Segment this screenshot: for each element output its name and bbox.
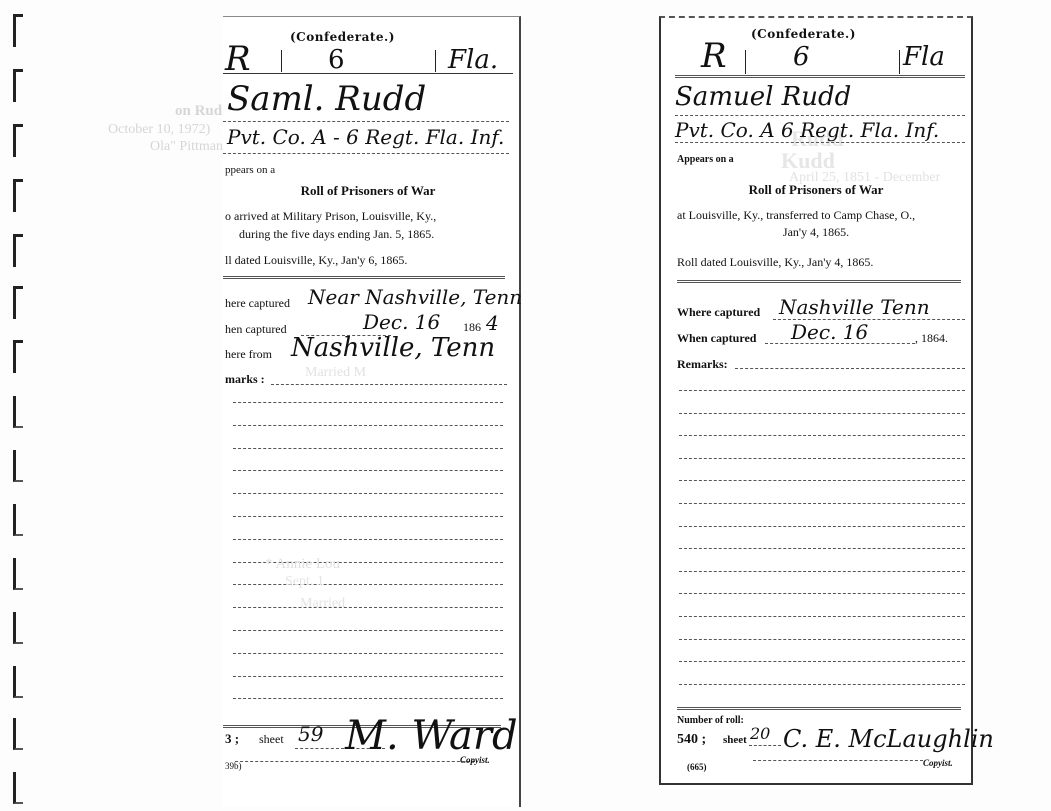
roll-dated: ll dated Louisville, Ky., Jan'y 6, 1865.: [225, 253, 407, 268]
remarks-line: [233, 698, 503, 699]
roll-number: 540 ;: [677, 732, 706, 748]
rank-unit: Pvt. Co. A 6 Regt. Fla. Inf.: [675, 118, 939, 142]
remarks-line: [679, 571, 965, 572]
binder-ring: [13, 14, 23, 47]
remarks-line: [233, 516, 503, 517]
remarks-line: [233, 584, 503, 585]
ghost-text: Sept. 1: [285, 574, 324, 590]
where-captured-value: Near Nashville, Tenn: [308, 285, 522, 309]
regiment-number: 6: [328, 45, 345, 75]
where-captured-label: here captured: [225, 296, 290, 311]
remarks-label: Remarks:: [677, 357, 728, 372]
sheet-value: 59: [298, 722, 323, 746]
remarks-line: [233, 653, 503, 654]
form-number: (665): [687, 762, 707, 772]
divider: [899, 50, 900, 74]
roll-title: Roll of Prisoners of War: [661, 182, 971, 198]
remarks-label: marks :: [225, 372, 265, 387]
remarks-line: [233, 425, 503, 426]
initial: R: [701, 36, 727, 76]
appears-on: ppears on a: [225, 164, 275, 176]
remarks-line: [679, 639, 965, 640]
roll-title: Roll of Prisoners of War: [223, 183, 513, 199]
remarks-line: [679, 480, 965, 481]
rule: [223, 121, 509, 122]
description-line-1: o arrived at Military Prison, Louisville…: [225, 209, 436, 224]
card-header: (Confederate.): [290, 30, 395, 44]
sheet-label: sheet: [259, 732, 284, 747]
rule: [677, 707, 961, 710]
remarks-line: [233, 607, 503, 608]
state: Fla: [903, 42, 945, 72]
sheet-label: sheet: [723, 734, 747, 746]
binder-ring: [13, 124, 23, 157]
remarks-line: [233, 493, 503, 494]
remarks-line: [233, 630, 503, 631]
rule: [675, 115, 965, 116]
where-from-value: Nashville, Tenn: [291, 333, 495, 363]
ghost-text: Married: [300, 596, 345, 612]
ghost-text: Ola" Pittman: [150, 139, 223, 155]
binder-ring: [13, 286, 23, 319]
roll-number: 3 ;: [225, 731, 239, 747]
when-captured-year-digit: 4: [486, 311, 499, 335]
prisoner-card-right: Rudd Kudd April 25, 1851 - December (Con…: [659, 16, 973, 785]
regiment-number: 6: [793, 42, 810, 72]
rule: [223, 73, 513, 74]
remarks-line: [679, 526, 965, 527]
remarks-line: [233, 402, 503, 403]
copyist-label: Copyist.: [460, 755, 490, 765]
remarks-line: [679, 684, 965, 685]
soldier-name: Saml. Rudd: [227, 79, 426, 119]
description-line-2: Jan'y 4, 1865.: [661, 225, 971, 240]
when-captured-year: , 1864.: [915, 331, 948, 346]
remarks-line: [679, 390, 965, 391]
remarks-line: [233, 676, 503, 677]
binder-ring: [13, 666, 23, 698]
remarks-line: [679, 435, 965, 436]
rule: [675, 75, 965, 78]
rule: [753, 760, 923, 761]
rule: [235, 761, 475, 762]
rank-unit: Pvt. Co. A - 6 Regt. Fla. Inf.: [227, 125, 504, 149]
binder-ring: [13, 772, 23, 804]
when-captured-label: When captured: [677, 331, 756, 346]
rule: [749, 745, 781, 746]
divider: [435, 50, 436, 72]
rule: [677, 280, 961, 283]
roll-dated: Roll dated Louisville, Ky., Jan'y 4, 186…: [677, 255, 873, 270]
copyist-signature: C. E. McLaughlin: [783, 725, 994, 753]
binder-ring: [13, 234, 23, 267]
form-number: 39b): [225, 761, 242, 771]
binder-ring: [13, 450, 23, 482]
rule: [223, 153, 509, 154]
when-captured-label: hen captured: [225, 322, 287, 337]
remarks-line: [233, 470, 503, 471]
ghost-text: * Annie Lou: [265, 556, 340, 573]
remarks-line: [679, 616, 965, 617]
where-captured-value: Nashville Tenn: [779, 295, 930, 319]
state: Fla.: [448, 45, 498, 75]
remarks-line: [233, 539, 503, 540]
binder-ring: [13, 396, 23, 428]
rule: [735, 368, 965, 369]
prisoner-card-left: (Confederate.) R 6 Fla. Saml. Rudd Pvt. …: [223, 16, 521, 807]
remarks-line: [679, 503, 965, 504]
when-captured-value: Dec. 16: [791, 320, 868, 344]
binder-ring: [13, 558, 23, 590]
binder-ring: [13, 612, 23, 644]
sheet-value: 20: [750, 724, 770, 743]
remarks-line: [679, 661, 965, 662]
rule: [675, 142, 965, 143]
appears-on: Appears on a: [677, 154, 734, 165]
number-of-roll-label: Number of roll:: [677, 715, 744, 726]
binder-ring: [13, 340, 23, 373]
binder-ring: [13, 504, 23, 536]
remarks-line: [679, 458, 965, 459]
binder-ring: [13, 69, 23, 102]
remarks-line: [679, 593, 965, 594]
description-line-1: at Louisville, Ky., transferred to Camp …: [677, 208, 915, 223]
where-from-label: here from: [225, 347, 272, 362]
binder-ring: [13, 718, 23, 750]
when-captured-value: Dec. 16: [363, 310, 440, 334]
remarks-line: [679, 548, 965, 549]
copyist-signature: M. Ward: [345, 713, 518, 759]
divider: [745, 50, 746, 74]
rule: [271, 384, 507, 385]
binder-ring: [13, 179, 23, 212]
description-line-2: during the five days ending Jan. 5, 1865…: [239, 227, 434, 242]
divider: [281, 50, 282, 72]
ghost-text: October 10, 1972): [108, 122, 210, 138]
ghost-text: Married M: [305, 365, 366, 381]
remarks-line: [679, 413, 965, 414]
copyist-label: Copyist.: [923, 758, 953, 768]
remarks-line: [233, 448, 503, 449]
card-header: (Confederate.): [751, 27, 856, 41]
rule: [223, 276, 505, 279]
where-captured-label: Where captured: [677, 305, 760, 320]
soldier-name: Samuel Rudd: [675, 82, 851, 112]
